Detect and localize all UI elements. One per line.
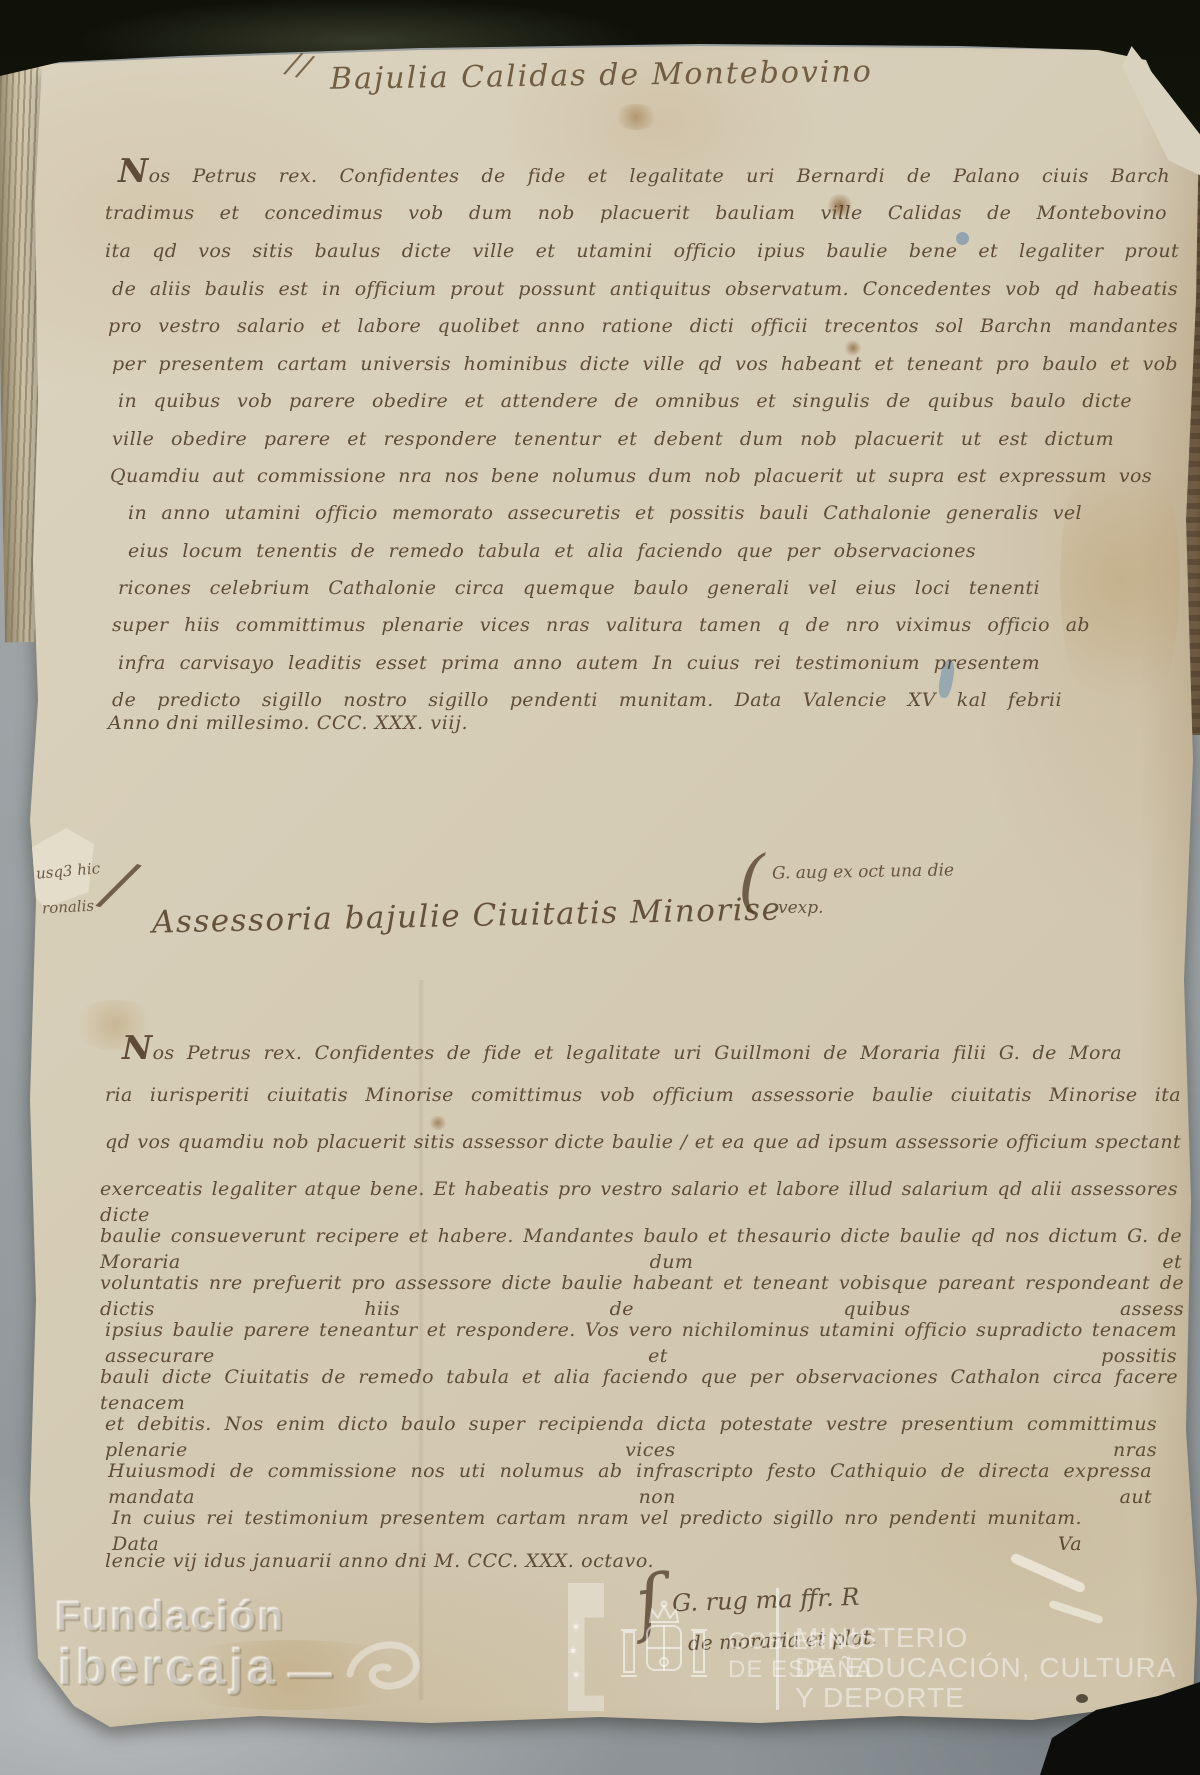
manuscript-line: lencie vij idus januarii anno dni M. CCC… <box>105 1550 654 1572</box>
manuscript-line: ita qd vos sitis baulus dicte ville et u… <box>105 238 1179 268</box>
manuscript-line: in anno utamini officio memorato assecur… <box>128 500 1082 530</box>
document-title: Bajulia Calidas de Montebovino <box>330 54 873 97</box>
manuscript-line: pro vestro salario et labore quolibet an… <box>108 313 1178 343</box>
manuscript-line: ville obedire parere et respondere tenen… <box>112 426 1114 456</box>
manuscript-line: Nos Petrus rex. Confidentes de fide et l… <box>122 1035 1122 1065</box>
signature-flourish: ſ <box>630 1559 668 1646</box>
manuscript-line: ipsius baulie parere teneantur et respon… <box>105 1317 1177 1347</box>
margin-note-line: usq3 hic <box>35 859 100 883</box>
manuscript-line: Quamdiu aut commissione nra nos bene nol… <box>110 463 1152 493</box>
manuscript-line: In cuius rei testimonium presentem carta… <box>112 1505 1082 1535</box>
section-heading: Assessoria bajulie Ciuitatis Minorise <box>152 891 782 940</box>
manuscript-line: in quibus vob parere obedire et attender… <box>118 388 1132 418</box>
manuscript-text-layer: // Bajulia Calidas de Montebovino Nos Pe… <box>0 0 1200 1775</box>
margin-note-line: ronalis <box>42 897 95 918</box>
manuscript-line: Huiusmodi de commissione nos uti nolumus… <box>108 1458 1152 1488</box>
manuscript-line: exerceatis legaliter atque bene. Et habe… <box>100 1176 1178 1206</box>
manuscript-line: infra carvisayo leaditis esset prima ann… <box>118 650 1040 680</box>
manuscript-line: et debitis. Nos enim dicto baulo super r… <box>105 1411 1157 1441</box>
manuscript-line: bauli dicte Ciuitatis de remedo tabula e… <box>100 1364 1178 1394</box>
side-note-line: G. aug ex oct una die <box>772 860 954 883</box>
manuscript-line: tradimus et concedimus vob dum nob placu… <box>105 200 1167 230</box>
manuscript-line: voluntatis nre prefuerit pro assessore d… <box>100 1270 1184 1300</box>
manuscript-line: eius locum tenentis de remedo tabula et … <box>128 538 976 568</box>
signature-line: G. rug ma ffr. R <box>672 1583 860 1618</box>
title-flourish: // <box>284 46 316 86</box>
manuscript-line: Anno dni millesimo. CCC. XXX. viij. <box>108 712 468 734</box>
manuscript-line: qd vos quamdiu nob placuerit sitis asses… <box>105 1129 1181 1159</box>
manuscript-line: ria iurisperiti ciuitatis Minorise comit… <box>105 1082 1181 1112</box>
signature-line: de moraria et plat. <box>688 1625 878 1656</box>
side-note-line: vexp. <box>778 898 824 918</box>
margin-note-stroke: / <box>97 846 140 923</box>
manuscript-line: super hiis committimus plenarie vices nr… <box>112 612 1090 642</box>
manuscript-line: Nos Petrus rex. Confidentes de fide et l… <box>118 158 1170 188</box>
manuscript-line: per presentem cartam universis hominibus… <box>112 351 1178 381</box>
manuscript-line: ricones celebrium Cathalonie circa quemq… <box>118 575 1040 605</box>
manuscript-line: baulie consueverunt recipere et habere. … <box>100 1223 1182 1253</box>
photo-stage: // Bajulia Calidas de Montebovino Nos Pe… <box>0 0 1200 1775</box>
manuscript-line: de aliis baulis est in officium prout po… <box>112 276 1178 306</box>
